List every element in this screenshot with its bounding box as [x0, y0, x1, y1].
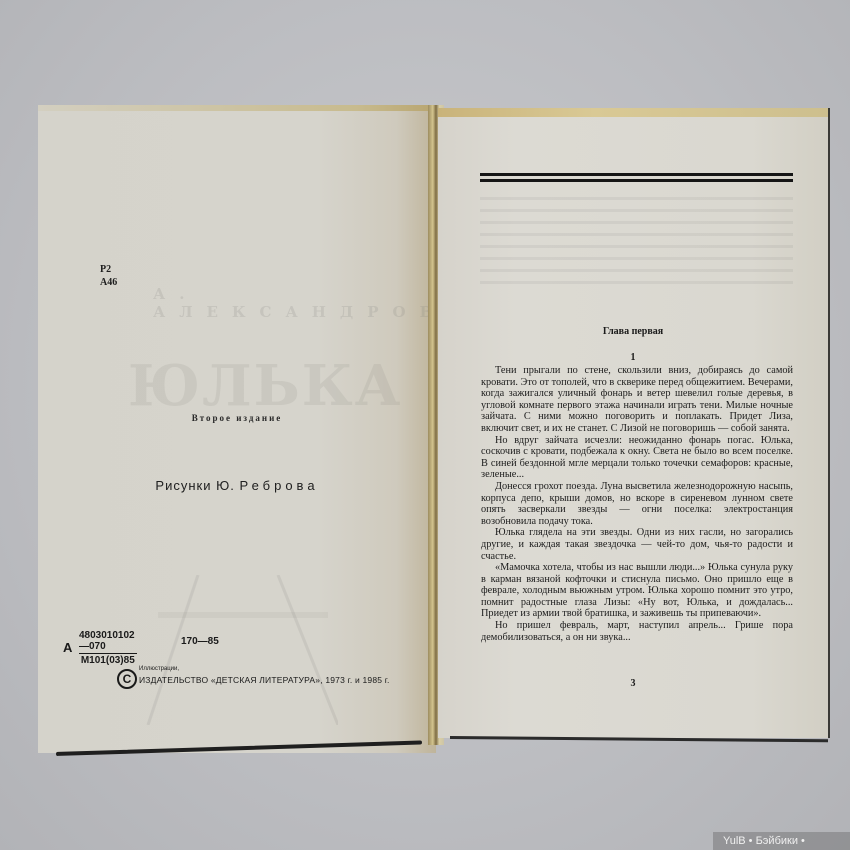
page-number: 3 [438, 678, 828, 689]
bleed-through-text [480, 188, 793, 308]
paragraph: Юлька глядела на эти звезды. Одни из них… [481, 527, 793, 562]
bleed-through-title: ЮЛЬКА [128, 353, 402, 419]
illustrator-credit: Рисунки Ю. Реброва [38, 478, 436, 493]
library-call-number: Р2 А46 [100, 263, 117, 289]
paragraph: «Мамочка хотела, чтобы из нас вышли люди… [481, 562, 793, 620]
edition-label: Второе издание [38, 413, 436, 423]
open-book: А. АЛЕКСАНДРОВСКИЙ ЮЛЬКА Р2 А46 Второе и… [0, 0, 850, 850]
chapter-title: Глава первая [438, 326, 828, 337]
bleed-through-illustration-icon [138, 575, 338, 725]
chapter-header-rule [480, 173, 793, 182]
left-page-title-verso: А. АЛЕКСАНДРОВСКИЙ ЮЛЬКА Р2 А46 Второе и… [38, 105, 436, 753]
paragraph: Донесся грохот поезда. Луна высветила же… [481, 481, 793, 527]
site-watermark: YulB • Бэйбики • babiki.ru [713, 832, 850, 850]
copyright-icon: C [117, 669, 137, 689]
paragraph: Но пришел февраль, март, наступил апрель… [481, 620, 793, 643]
paragraph: Тени прыгали по стене, скользили вниз, д… [481, 365, 793, 435]
right-page-chapter-one: Глава первая 1 Тени прыгали по стене, ск… [438, 108, 830, 738]
chapter-body-text: Тени прыгали по стене, скользили вниз, д… [481, 365, 793, 643]
paragraph: Но вдруг зайчата исчезли: неожиданно фон… [481, 435, 793, 481]
section-number: 1 [438, 352, 828, 363]
